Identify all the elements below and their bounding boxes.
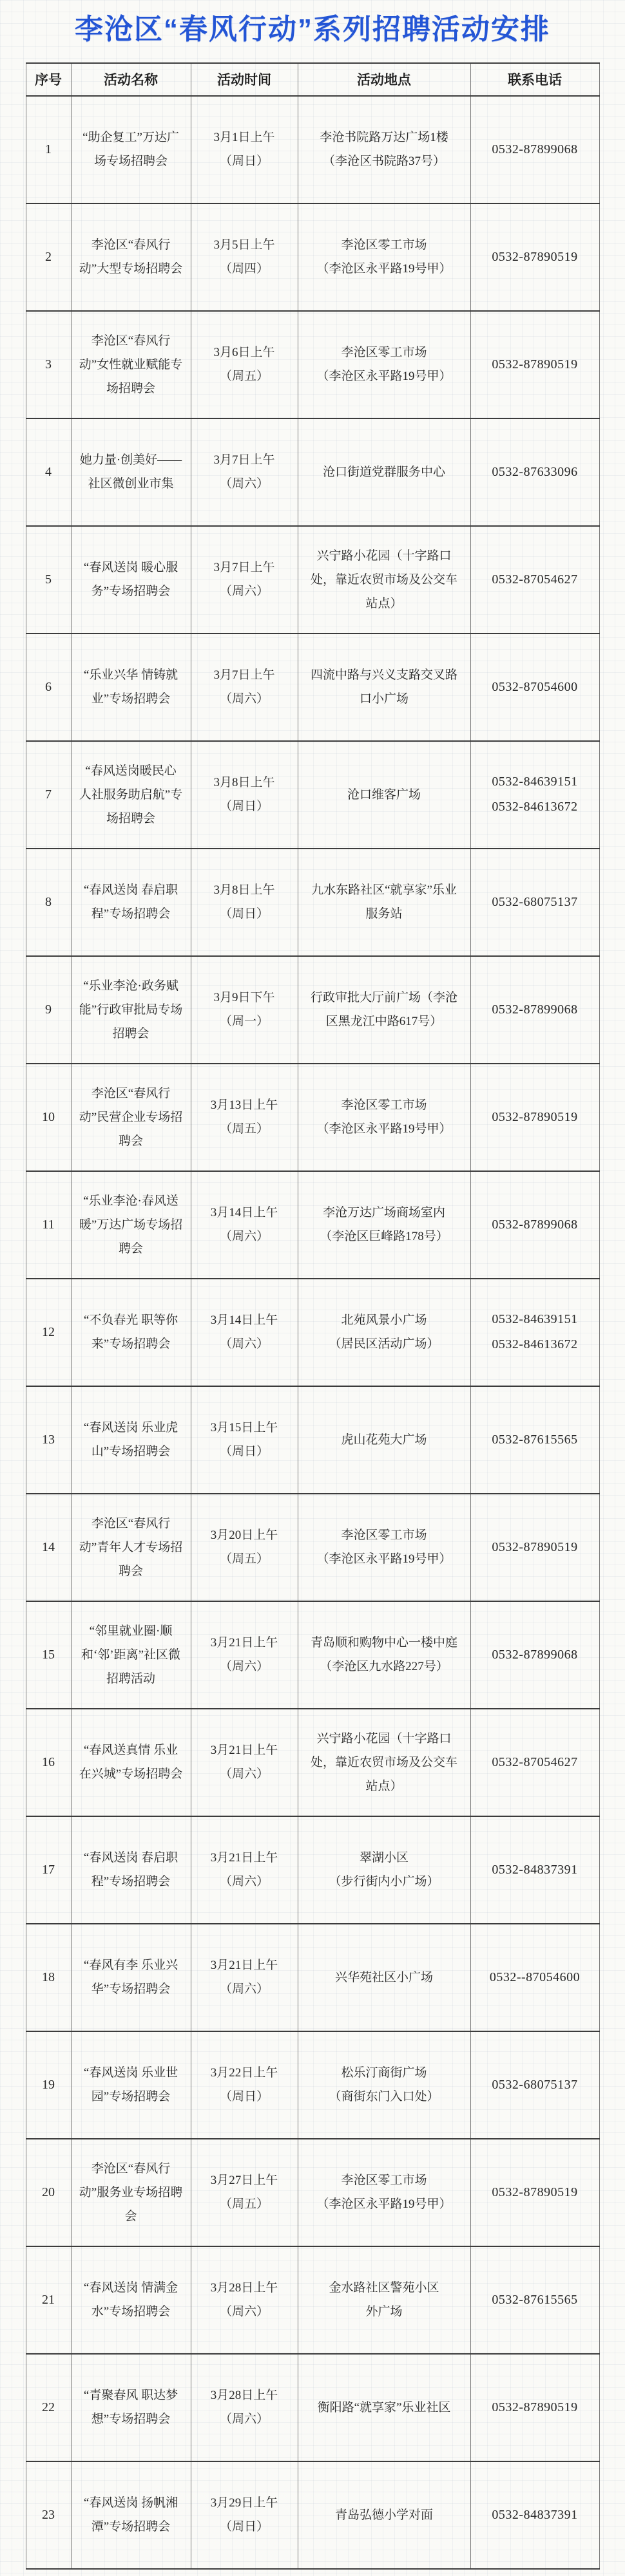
row-number-cell: 2 bbox=[26, 203, 71, 311]
contact-phone-cell: 0532-87054600 bbox=[470, 634, 599, 741]
contact-phone-cell: 0532-87890519 bbox=[470, 1494, 599, 1601]
table-header-row: 序号 活动名称 活动时间 活动地点 联系电话 bbox=[26, 63, 599, 96]
column-header-phone: 联系电话 bbox=[470, 63, 599, 96]
contact-phone-cell: 0532-87890519 bbox=[470, 203, 599, 311]
activity-location-cell: 李沧区零工市场 （李沧区永平路19号甲） bbox=[298, 2139, 470, 2246]
contact-phone-cell: 0532-87899068 bbox=[470, 956, 599, 1064]
table-row: 17 “春风送岗 春启职程”专场招聘会 3月21日上午 （周六） 翠湖小区 （步… bbox=[26, 1816, 599, 1924]
table-row: 9 “乐业李沧·政务赋能”行政审批局专场招聘会 3月9日下午 （周一） 行政审批… bbox=[26, 956, 599, 1064]
table-row: 18 “春风有李 乐业兴华”专场招聘会 3月21日上午 （周六） 兴华苑社区小广… bbox=[26, 1924, 599, 2031]
activity-time-cell: 3月28日上午 （周六） bbox=[191, 2354, 298, 2461]
row-number-cell: 1 bbox=[26, 96, 71, 203]
row-number-cell: 13 bbox=[26, 1386, 71, 1494]
contact-phone-cell: 0532-87615565 bbox=[470, 1386, 599, 1494]
activity-name-cell: “助企复工”万达广场专场招聘会 bbox=[71, 96, 191, 203]
row-number-cell: 3 bbox=[26, 311, 71, 418]
activity-time-cell: 3月7日上午 （周六） bbox=[191, 418, 298, 526]
activity-time-cell: 3月5日上午 （周四） bbox=[191, 203, 298, 311]
row-number-cell: 21 bbox=[26, 2246, 71, 2354]
contact-phone-cell: 0532-84837391 bbox=[470, 2461, 599, 2569]
row-number-cell: 12 bbox=[26, 1279, 71, 1386]
activity-name-cell: 李沧区“春风行动”服务业专场招聘会 bbox=[71, 2139, 191, 2246]
activity-location-cell: 李沧区零工市场 （李沧区永平路19号甲） bbox=[298, 203, 470, 311]
row-number-cell: 7 bbox=[26, 741, 71, 849]
activity-name-cell: “春风送岗 乐业世园”专场招聘会 bbox=[71, 2031, 191, 2139]
activity-name-cell: “春风送岗 乐业虎山”专场招聘会 bbox=[71, 1386, 191, 1494]
activity-location-cell: 沧口街道党群服务中心 bbox=[298, 418, 470, 526]
contact-phone-cell: 0532-68075137 bbox=[470, 2031, 599, 2139]
contact-phone-cell: 0532-87890519 bbox=[470, 2354, 599, 2461]
contact-phone-cell: 0532-84639151 0532-84613672 bbox=[470, 1279, 599, 1386]
activity-name-cell: “春风送真情 乐业在兴城”专场招聘会 bbox=[71, 1709, 191, 1816]
row-number-cell: 15 bbox=[26, 1601, 71, 1709]
table-row: 13 “春风送岗 乐业虎山”专场招聘会 3月15日上午 （周日） 虎山花苑大广场… bbox=[26, 1386, 599, 1494]
row-number-cell: 22 bbox=[26, 2354, 71, 2461]
column-header-no: 序号 bbox=[26, 63, 71, 96]
contact-phone-cell: 0532-87899068 bbox=[470, 1601, 599, 1709]
contact-phone-cell: 0532-87615565 bbox=[470, 2246, 599, 2354]
table-row: 8 “春风送岗 春启职程”专场招聘会 3月8日上午 （周日） 九水东路社区“就享… bbox=[26, 849, 599, 956]
activity-name-cell: “春风送岗 情满金水”专场招聘会 bbox=[71, 2246, 191, 2354]
table-row: 10 李沧区“春风行动”民营企业专场招聘会 3月13日上午 （周五） 李沧区零工… bbox=[26, 1064, 599, 1171]
contact-phone-cell: 0532-87899068 bbox=[470, 96, 599, 203]
activity-name-cell: 李沧区“春风行动”女性就业赋能专场招聘会 bbox=[71, 311, 191, 418]
activity-name-cell: “乐业兴华 情铸就业”专场招聘会 bbox=[71, 634, 191, 741]
table-row: 7 “春风送岗暖民心 人社服务助启航”专场招聘会 3月8日上午 （周日） 沧口维… bbox=[26, 741, 599, 849]
table-row: 15 “邻里就业圈·顺和‘邻’距离”社区微招聘活动 3月21日上午 （周六） 青… bbox=[26, 1601, 599, 1709]
activity-time-cell: 3月15日上午 （周日） bbox=[191, 1386, 298, 1494]
activity-location-cell: 四流中路与兴义支路交叉路口小广场 bbox=[298, 634, 470, 741]
activity-location-cell: 青岛顺和购物中心一楼中庭（李沧区九水路227号） bbox=[298, 1601, 470, 1709]
activity-location-cell: 北苑风景小广场 （居民区活动广场） bbox=[298, 1279, 470, 1386]
activity-name-cell: “春风送岗 春启职程”专场招聘会 bbox=[71, 849, 191, 956]
table-row: 23 “春风送岗 扬帆湘潭”专场招聘会 3月29日上午 （周日） 青岛弘德小学对… bbox=[26, 2461, 599, 2569]
activity-time-cell: 3月27日上午 （周五） bbox=[191, 2139, 298, 2246]
activity-time-cell: 3月21日上午 （周六） bbox=[191, 1709, 298, 1816]
table-row: 11 “乐业李沧·春风送暖”万达广场专场招聘会 3月14日上午 （周六） 李沧万… bbox=[26, 1171, 599, 1279]
table-row: 19 “春风送岗 乐业世园”专场招聘会 3月22日上午 （周日） 松乐汀商街广场… bbox=[26, 2031, 599, 2139]
activity-time-cell: 3月14日上午 （周六） bbox=[191, 1171, 298, 1279]
contact-phone-cell: 0532-87890519 bbox=[470, 2139, 599, 2246]
activity-location-cell: 李沧区零工市场 （李沧区永平路19号甲） bbox=[298, 1494, 470, 1601]
activity-name-cell: 她力量·创美好——社区微创业市集 bbox=[71, 418, 191, 526]
table-row: 3 李沧区“春风行动”女性就业赋能专场招聘会 3月6日上午 （周五） 李沧区零工… bbox=[26, 311, 599, 418]
activity-name-cell: “乐业李沧·春风送暖”万达广场专场招聘会 bbox=[71, 1171, 191, 1279]
row-number-cell: 19 bbox=[26, 2031, 71, 2139]
activity-name-cell: 李沧区“春风行动”大型专场招聘会 bbox=[71, 203, 191, 311]
table-row: 1 “助企复工”万达广场专场招聘会 3月1日上午 （周日） 李沧书院路万达广场1… bbox=[26, 96, 599, 203]
table-row: 4 她力量·创美好——社区微创业市集 3月7日上午 （周六） 沧口街道党群服务中… bbox=[26, 418, 599, 526]
contact-phone-cell: 0532-84639151 0532-84613672 bbox=[470, 741, 599, 849]
activity-location-cell: 李沧区零工市场 （李沧区永平路19号甲） bbox=[298, 1064, 470, 1171]
activity-location-cell: 李沧书院路万达广场1楼 （李沧区书院路37号） bbox=[298, 96, 470, 203]
activity-name-cell: “春风送岗 扬帆湘潭”专场招聘会 bbox=[71, 2461, 191, 2569]
table-body: 1 “助企复工”万达广场专场招聘会 3月1日上午 （周日） 李沧书院路万达广场1… bbox=[26, 96, 599, 2569]
activity-location-cell: 李沧万达广场商场室内 （李沧区巨峰路178号） bbox=[298, 1171, 470, 1279]
activity-time-cell: 3月29日上午 （周日） bbox=[191, 2461, 298, 2569]
activity-location-cell: 九水东路社区“就享家”乐业服务站 bbox=[298, 849, 470, 956]
activity-location-cell: 金水路社区警苑小区 外广场 bbox=[298, 2246, 470, 2354]
activity-time-cell: 3月22日上午 （周日） bbox=[191, 2031, 298, 2139]
row-number-cell: 17 bbox=[26, 1816, 71, 1924]
activity-name-cell: “不负春光 职等你来”专场招聘会 bbox=[71, 1279, 191, 1386]
table-row: 20 李沧区“春风行动”服务业专场招聘会 3月27日上午 （周五） 李沧区零工市… bbox=[26, 2139, 599, 2246]
activity-location-cell: 虎山花苑大广场 bbox=[298, 1386, 470, 1494]
table-row: 21 “春风送岗 情满金水”专场招聘会 3月28日上午 （周六） 金水路社区警苑… bbox=[26, 2246, 599, 2354]
activity-time-cell: 3月9日下午 （周一） bbox=[191, 956, 298, 1064]
contact-phone-cell: 0532-87890519 bbox=[470, 311, 599, 418]
activity-location-cell: 衡阳路“就享家”乐业社区 bbox=[298, 2354, 470, 2461]
activity-location-cell: 兴宁路小花园（十字路口处，靠近农贸市场及公交车站点） bbox=[298, 1709, 470, 1816]
contact-phone-cell: 0532-87633096 bbox=[470, 418, 599, 526]
table-row: 6 “乐业兴华 情铸就业”专场招聘会 3月7日上午 （周六） 四流中路与兴义支路… bbox=[26, 634, 599, 741]
contact-phone-cell: 0532-87890519 bbox=[470, 1064, 599, 1171]
activity-name-cell: “春风送岗 春启职程”专场招聘会 bbox=[71, 1816, 191, 1924]
activity-location-cell: 青岛弘德小学对面 bbox=[298, 2461, 470, 2569]
activity-time-cell: 3月8日上午 （周日） bbox=[191, 849, 298, 956]
row-number-cell: 11 bbox=[26, 1171, 71, 1279]
row-number-cell: 6 bbox=[26, 634, 71, 741]
activity-time-cell: 3月14日上午 （周六） bbox=[191, 1279, 298, 1386]
column-header-time: 活动时间 bbox=[191, 63, 298, 96]
row-number-cell: 5 bbox=[26, 526, 71, 634]
activity-location-cell: 翠湖小区 （步行街内小广场） bbox=[298, 1816, 470, 1924]
activity-time-cell: 3月6日上午 （周五） bbox=[191, 311, 298, 418]
table-row: 16 “春风送真情 乐业在兴城”专场招聘会 3月21日上午 （周六） 兴宁路小花… bbox=[26, 1709, 599, 1816]
row-number-cell: 23 bbox=[26, 2461, 71, 2569]
activity-time-cell: 3月21日上午 （周六） bbox=[191, 1601, 298, 1709]
activity-location-cell: 兴华苑社区小广场 bbox=[298, 1924, 470, 2031]
activity-name-cell: 李沧区“春风行动”青年人才专场招聘会 bbox=[71, 1494, 191, 1601]
row-number-cell: 10 bbox=[26, 1064, 71, 1171]
activity-time-cell: 3月8日上午 （周日） bbox=[191, 741, 298, 849]
table-row: 22 “青聚春风 职达梦想”专场招聘会 3月28日上午 （周六） 衡阳路“就享家… bbox=[26, 2354, 599, 2461]
row-number-cell: 8 bbox=[26, 849, 71, 956]
schedule-table: 序号 活动名称 活动时间 活动地点 联系电话 1 “助企复工”万达广场专场招聘会… bbox=[26, 62, 600, 2570]
table-row: 5 “春风送岗 暖心服务”专场招聘会 3月7日上午 （周六） 兴宁路小花园（十字… bbox=[26, 526, 599, 634]
contact-phone-cell: 0532-84837391 bbox=[470, 1816, 599, 1924]
table-row: 2 李沧区“春风行动”大型专场招聘会 3月5日上午 （周四） 李沧区零工市场 （… bbox=[26, 203, 599, 311]
row-number-cell: 9 bbox=[26, 956, 71, 1064]
activity-time-cell: 3月28日上午 （周六） bbox=[191, 2246, 298, 2354]
row-number-cell: 20 bbox=[26, 2139, 71, 2246]
activity-time-cell: 3月20日上午 （周五） bbox=[191, 1494, 298, 1601]
table-row: 14 李沧区“春风行动”青年人才专场招聘会 3月20日上午 （周五） 李沧区零工… bbox=[26, 1494, 599, 1601]
column-header-location: 活动地点 bbox=[298, 63, 470, 96]
row-number-cell: 4 bbox=[26, 418, 71, 526]
activity-location-cell: 松乐汀商街广场 （商街东门入口处） bbox=[298, 2031, 470, 2139]
activity-name-cell: “乐业李沧·政务赋能”行政审批局专场招聘会 bbox=[71, 956, 191, 1064]
page-title: 李沧区“春风行动”系列招聘活动安排 bbox=[0, 0, 625, 62]
contact-phone-cell: 0532-68075137 bbox=[470, 849, 599, 956]
activity-location-cell: 兴宁路小花园（十字路口处，靠近农贸市场及公交车站点） bbox=[298, 526, 470, 634]
contact-phone-cell: 0532--87054600 bbox=[470, 1924, 599, 2031]
activity-location-cell: 李沧区零工市场 （李沧区永平路19号甲） bbox=[298, 311, 470, 418]
column-header-name: 活动名称 bbox=[71, 63, 191, 96]
activity-name-cell: “春风送岗 暖心服务”专场招聘会 bbox=[71, 526, 191, 634]
activity-time-cell: 3月21日上午 （周六） bbox=[191, 1924, 298, 2031]
table-row: 12 “不负春光 职等你来”专场招聘会 3月14日上午 （周六） 北苑风景小广场… bbox=[26, 1279, 599, 1386]
activity-time-cell: 3月13日上午 （周五） bbox=[191, 1064, 298, 1171]
contact-phone-cell: 0532-87899068 bbox=[470, 1171, 599, 1279]
row-number-cell: 18 bbox=[26, 1924, 71, 2031]
activity-time-cell: 3月7日上午 （周六） bbox=[191, 634, 298, 741]
activity-time-cell: 3月1日上午 （周日） bbox=[191, 96, 298, 203]
activity-time-cell: 3月21日上午 （周六） bbox=[191, 1816, 298, 1924]
activity-name-cell: “春风有李 乐业兴华”专场招聘会 bbox=[71, 1924, 191, 2031]
contact-phone-cell: 0532-87054627 bbox=[470, 1709, 599, 1816]
activity-time-cell: 3月7日上午 （周六） bbox=[191, 526, 298, 634]
activity-name-cell: “邻里就业圈·顺和‘邻’距离”社区微招聘活动 bbox=[71, 1601, 191, 1709]
row-number-cell: 14 bbox=[26, 1494, 71, 1601]
activity-name-cell: “春风送岗暖民心 人社服务助启航”专场招聘会 bbox=[71, 741, 191, 849]
activity-name-cell: “青聚春风 职达梦想”专场招聘会 bbox=[71, 2354, 191, 2461]
row-number-cell: 16 bbox=[26, 1709, 71, 1816]
activity-location-cell: 沧口维客广场 bbox=[298, 741, 470, 849]
activity-name-cell: 李沧区“春风行动”民营企业专场招聘会 bbox=[71, 1064, 191, 1171]
activity-location-cell: 行政审批大厅前广场（李沧区黑龙江中路617号） bbox=[298, 956, 470, 1064]
contact-phone-cell: 0532-87054627 bbox=[470, 526, 599, 634]
